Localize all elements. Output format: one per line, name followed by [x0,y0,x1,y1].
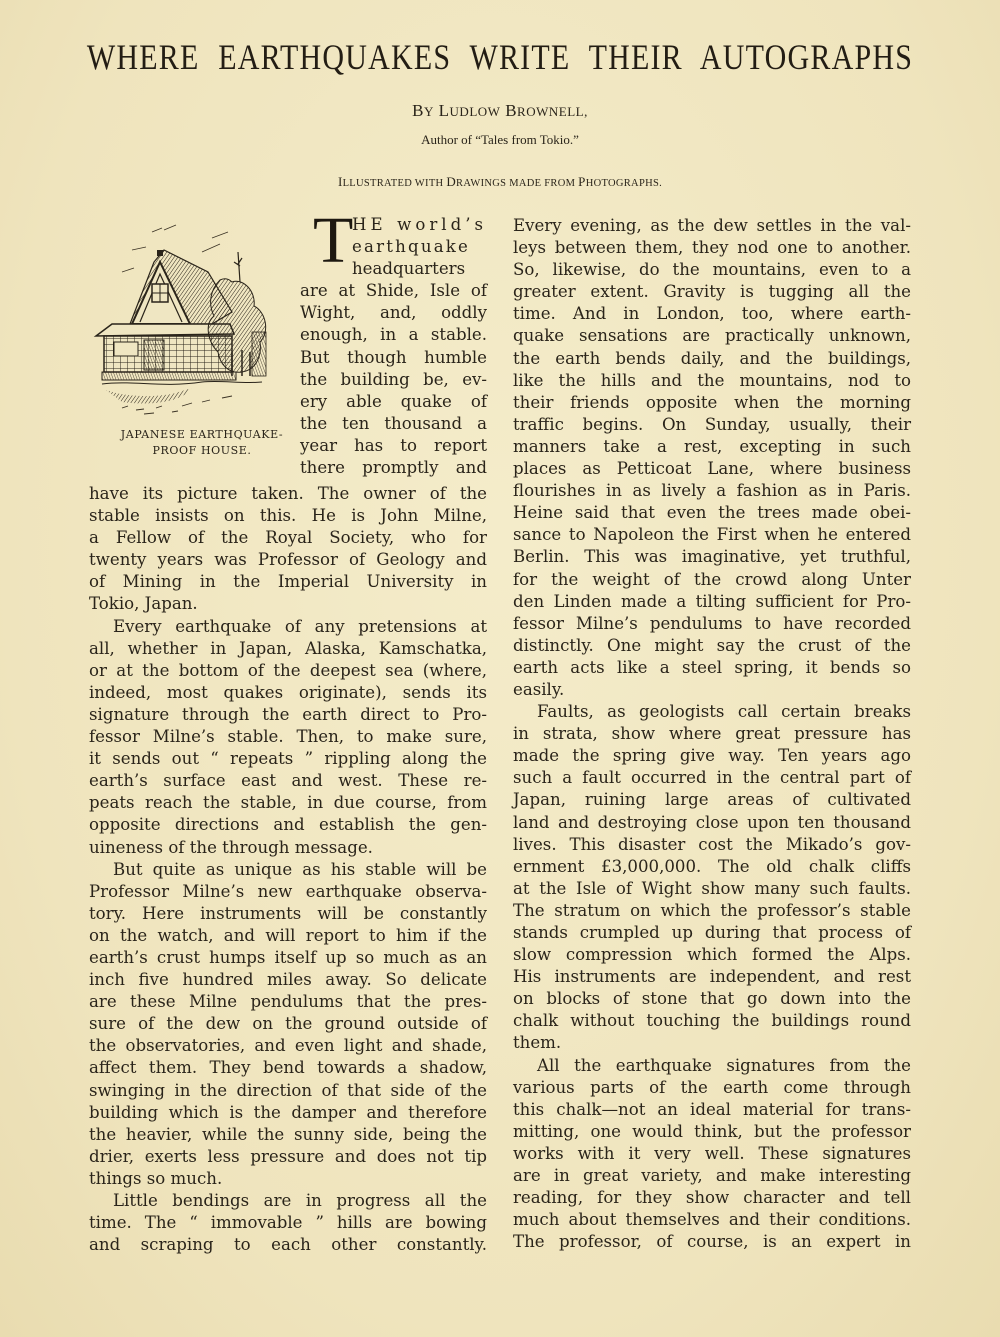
text-line: But though humble [300,347,487,369]
illustration-caption: JAPANESE EARTHQUAKE- PROOF HOUSE. [92,427,312,459]
text-line: or at the bottom of the deepest sea (whe… [89,660,487,682]
text-line: His instruments are independent, and res… [513,966,911,988]
text-line: much about themselves and their conditio… [513,1209,911,1231]
text-line: a Fellow of the Royal Society, who for [89,527,487,549]
text-line: fessor Milne’s pendulums to have recorde… [513,613,911,635]
last-name-sc: ROWNELL, [517,104,588,119]
text-line: are in great variety, and make interesti… [513,1165,911,1187]
text-line: traffic begins. On Sunday, usually, thei… [513,414,911,436]
article-title: WHERE EARTHQUAKES WRITE THEIR AUTOGRAPHS [0,38,1000,79]
text-line: Wight, and, oddly [300,302,487,324]
text-line: building which is the damper and therefo… [89,1102,487,1124]
text-line: leys between them, they nod one to anoth… [513,237,911,259]
text-line: have its picture taken. The owner of the [89,483,487,505]
byline-by: BY [412,101,434,120]
text-line: at the Isle of Wight show many such faul… [513,878,911,900]
text-line: swinging in the direction of that side o… [89,1080,487,1102]
text-line: there promptly and [300,457,487,479]
text-line: various parts of the earth come through [513,1077,911,1099]
text-line: like the hills and the mountains, nod to [513,370,911,392]
text-line: distinctly. One might say the crust of t… [513,635,911,657]
paragraph-start: But quite as unique as his stable will b… [89,859,487,881]
text-line: mitting, one would think, but the profes… [513,1121,911,1143]
text-line: den Linden made a tilting sufficient for… [513,591,911,613]
text-line: chalk without touching the buildings rou… [513,1010,911,1032]
text-line: stable insists on this. He is John Milne… [89,505,487,527]
text-line: The professor, of course, is an expert i… [513,1231,911,1253]
text-line: quake sensations are practically unknown… [513,325,911,347]
text-line: earth acts like a steel spring, it bends… [513,657,911,679]
text-line: places as Petticoat Lane, where business [513,458,911,480]
author-credit: Author of “Tales from Tokio.” [0,132,1000,148]
right-column: Every evening, as the dew settles in the… [513,215,911,1253]
house-illustration [92,212,288,417]
text-line: reading, for they show character and tel… [513,1187,911,1209]
text-line: Japan, ruining large areas of cultivated [513,789,911,811]
text-line: works with it very well. These signature… [513,1143,911,1165]
text-line: fessor Milne’s stable. Then, to make sur… [89,726,487,748]
text-line: such a fault occurred in the central par… [513,767,911,789]
text-line: peats reach the stable, in due course, f… [89,792,487,814]
byline: BY LUDLOW BROWNELL, [0,101,1000,121]
byline-by-sc: Y [424,104,434,119]
author-last-name: BROWNELL, [505,101,588,120]
text-line: Berlin. This was imaginative, yet truthf… [513,546,911,568]
text-line: for the weight of the crowd along Unter [513,569,911,591]
text-line: So, likewise, do the mountains, even to … [513,259,911,281]
text-line: year has to report [300,435,487,457]
text-line: lives. This disaster cost the Mikado’s g… [513,834,911,856]
credit-cap-2: D [446,174,456,189]
first-name-sc: UDLOW [450,104,501,119]
text-line: it sends out “ repeats ” rippling along … [89,748,487,770]
text-line: Every evening, as the dew settles in the… [513,215,911,237]
text-line: are these Milne pendulums that the pres- [89,991,487,1013]
paragraph-start: All the earthquake signatures from the [513,1055,911,1077]
text-line: indeed, most quakes originate), sends it… [89,682,487,704]
text-line: signature through the earth direct to Pr… [89,704,487,726]
credit-cap-3: P [578,174,586,189]
text-line: and scraping to each other constantly. [89,1234,487,1256]
first-name-cap: L [439,101,450,120]
text-line: ernment £3,000,000. The old chalk cliffs [513,856,911,878]
text-line: stands crumpled up during that process o… [513,922,911,944]
credit-sc-2: RAWINGS MADE FROM [456,178,578,189]
text-line: ery able quake of [300,391,487,413]
text-line: sure of the dew on the ground outside of [89,1013,487,1035]
text-line: Heine said that even the trees made obei… [513,502,911,524]
byline-by-cap: B [412,101,424,120]
text-line: are at Shide, Isle of [300,280,487,302]
text-line: the earth bends daily, and the buildings… [513,348,911,370]
text-line: HE world’s [352,214,487,236]
text-line: Tokio, Japan. [89,593,487,615]
author-first-name: LUDLOW [439,101,501,120]
text-line: affect them. They bend towards a shadow, [89,1057,487,1079]
left-column: have its picture taken. The owner of the… [89,483,487,1256]
house-engraving-icon [92,212,288,417]
text-line: sance to Napoleon the First when he ente… [513,524,911,546]
text-line: on the watch, and will report to him if … [89,925,487,947]
text-line: them. [513,1032,911,1054]
text-line: their friends opposite when the morning [513,392,911,414]
text-line: tory. Here instruments will be constantl… [89,903,487,925]
text-line: headquarters [352,258,487,280]
text-line: the building be, ev- [300,369,487,391]
text-line: flourishes in as lively a fashion as in … [513,480,911,502]
intro-wrapped-text: HE world’s earthquake headquarters are a… [300,214,487,479]
paragraph-start: Faults, as geologists call certain break… [513,701,911,723]
text-line: time. The “ immovable ” hills are bowing [89,1212,487,1234]
text-line: easily. [513,679,911,701]
text-line: The stratum on which the professor’s sta… [513,900,911,922]
caption-line-1: JAPANESE EARTHQUAKE- [92,427,312,443]
caption-line-2: PROOF HOUSE. [92,443,312,459]
text-line: manners take a rest, excepting in such [513,436,911,458]
text-line: the observatories, and even light and sh… [89,1035,487,1057]
paragraph-start: Little bendings are in progress all the [89,1190,487,1212]
credit-sc-3: HOTOGRAPHS. [586,178,662,189]
text-line: inch five hundred miles away. So delicat… [89,969,487,991]
text-line: earth’s surface east and west. These re- [89,770,487,792]
text-line: greater extent. Gravity is tugging all t… [513,281,911,303]
text-line: slow compression which formed the Alps. [513,944,911,966]
text-line: on blocks of stone that go down into the [513,988,911,1010]
last-name-cap: B [505,101,517,120]
text-line: of Mining in the Imperial University in [89,571,487,593]
text-line: opposite directions and establish the ge… [89,814,487,836]
text-line: in strata, show where great pressure has [513,723,911,745]
text-line: Professor Milne’s new earthquake observa… [89,881,487,903]
text-line: earth’s crust humps itself up so much as… [89,947,487,969]
text-line: things so much. [89,1168,487,1190]
illustration-credit: ILLUSTRATED WITH DRAWINGS MADE FROM PHOT… [0,174,1000,190]
text-line: uineness of the through message. [89,837,487,859]
text-line: the ten thousand a [300,413,487,435]
text-line: land and destroying close upon ten thous… [513,812,911,834]
text-line: time. And in London, too, where earth- [513,303,911,325]
text-line: the heavier, while the sunny side, being… [89,1124,487,1146]
text-line: this chalk—not an ideal material for tra… [513,1099,911,1121]
credit-sc-1: LLUSTRATED WITH [343,178,447,189]
text-line: enough, in a stable. [300,324,487,346]
text-line: all, whether in Japan, Alaska, Kamschatk… [89,638,487,660]
text-line: twenty years was Professor of Geology an… [89,549,487,571]
text-line: made the spring give way. Ten years ago [513,745,911,767]
paragraph-start: Every earthquake of any pretensions at [89,616,487,638]
text-line: drier, exerts less pressure and does not… [89,1146,487,1168]
text-line: earthquake [352,236,487,258]
